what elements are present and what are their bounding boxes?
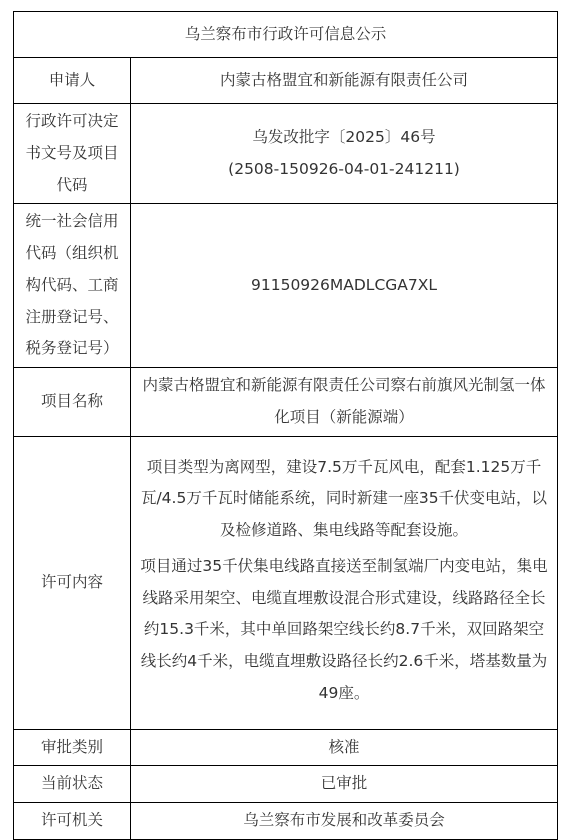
permit-disclosure-page: 乌兰察布市行政许可信息公示 申请人 内蒙古格盟宜和新能源有限责任公司 行政许可决… (0, 0, 570, 840)
project-name-label: 项目名称 (14, 368, 131, 437)
approval-category-label: 审批类别 (14, 729, 131, 766)
current-status-label: 当前状态 (14, 766, 131, 803)
table-row-approval-category: 审批类别 核准 (14, 729, 558, 766)
decision-doc-number: 乌发改批字〔2025〕46号 (139, 122, 549, 154)
project-name-value: 内蒙古格盟宜和新能源有限责任公司察右前旗风光制氢一体化项目（新能源端） (131, 368, 558, 437)
applicant-label: 申请人 (14, 58, 131, 104)
permit-authority-value: 乌兰察布市发展和改革委员会 (131, 803, 558, 840)
decision-number-label: 行政许可决定书文号及项目代码 (14, 104, 131, 204)
current-status-value: 已审批 (131, 766, 558, 803)
permit-content-label: 许可内容 (14, 436, 131, 729)
permit-content-paragraph-1: 项目类型为离网型，建设7.5万千瓦风电，配套1.125万千瓦/4.5万千瓦时储能… (139, 452, 549, 547)
credit-code-label: 统一社会信用代码（组织机构代码、工商注册登记号、税务登记号） (14, 204, 131, 368)
page-title: 乌兰察布市行政许可信息公示 (14, 12, 558, 58)
decision-number-value: 乌发改批字〔2025〕46号 (2508-150926-04-01-241211… (131, 104, 558, 204)
table-row-applicant: 申请人 内蒙古格盟宜和新能源有限责任公司 (14, 58, 558, 104)
credit-code-value: 91150926MADLCGA7XL (131, 204, 558, 368)
permit-content-paragraph-2: 项目通过35千伏集电线路直接送至制氢端厂内变电站，集电线路采用架空、电缆直埋敷设… (139, 551, 549, 710)
decision-project-code: (2508-150926-04-01-241211) (139, 154, 549, 186)
table-row-permit-authority: 许可机关 乌兰察布市发展和改革委员会 (14, 803, 558, 840)
table-row-decision-number: 行政许可决定书文号及项目代码 乌发改批字〔2025〕46号 (2508-1509… (14, 104, 558, 204)
table-row-current-status: 当前状态 已审批 (14, 766, 558, 803)
permit-authority-label: 许可机关 (14, 803, 131, 840)
table-row-credit-code: 统一社会信用代码（组织机构代码、工商注册登记号、税务登记号） 91150926M… (14, 204, 558, 368)
permit-content-value: 项目类型为离网型，建设7.5万千瓦风电，配套1.125万千瓦/4.5万千瓦时储能… (131, 436, 558, 729)
table-row-title: 乌兰察布市行政许可信息公示 (14, 12, 558, 58)
table-row-permit-content: 许可内容 项目类型为离网型，建设7.5万千瓦风电，配套1.125万千瓦/4.5万… (14, 436, 558, 729)
applicant-value: 内蒙古格盟宜和新能源有限责任公司 (131, 58, 558, 104)
permit-info-table: 乌兰察布市行政许可信息公示 申请人 内蒙古格盟宜和新能源有限责任公司 行政许可决… (13, 11, 558, 840)
table-row-project-name: 项目名称 内蒙古格盟宜和新能源有限责任公司察右前旗风光制氢一体化项目（新能源端） (14, 368, 558, 437)
approval-category-value: 核准 (131, 729, 558, 766)
